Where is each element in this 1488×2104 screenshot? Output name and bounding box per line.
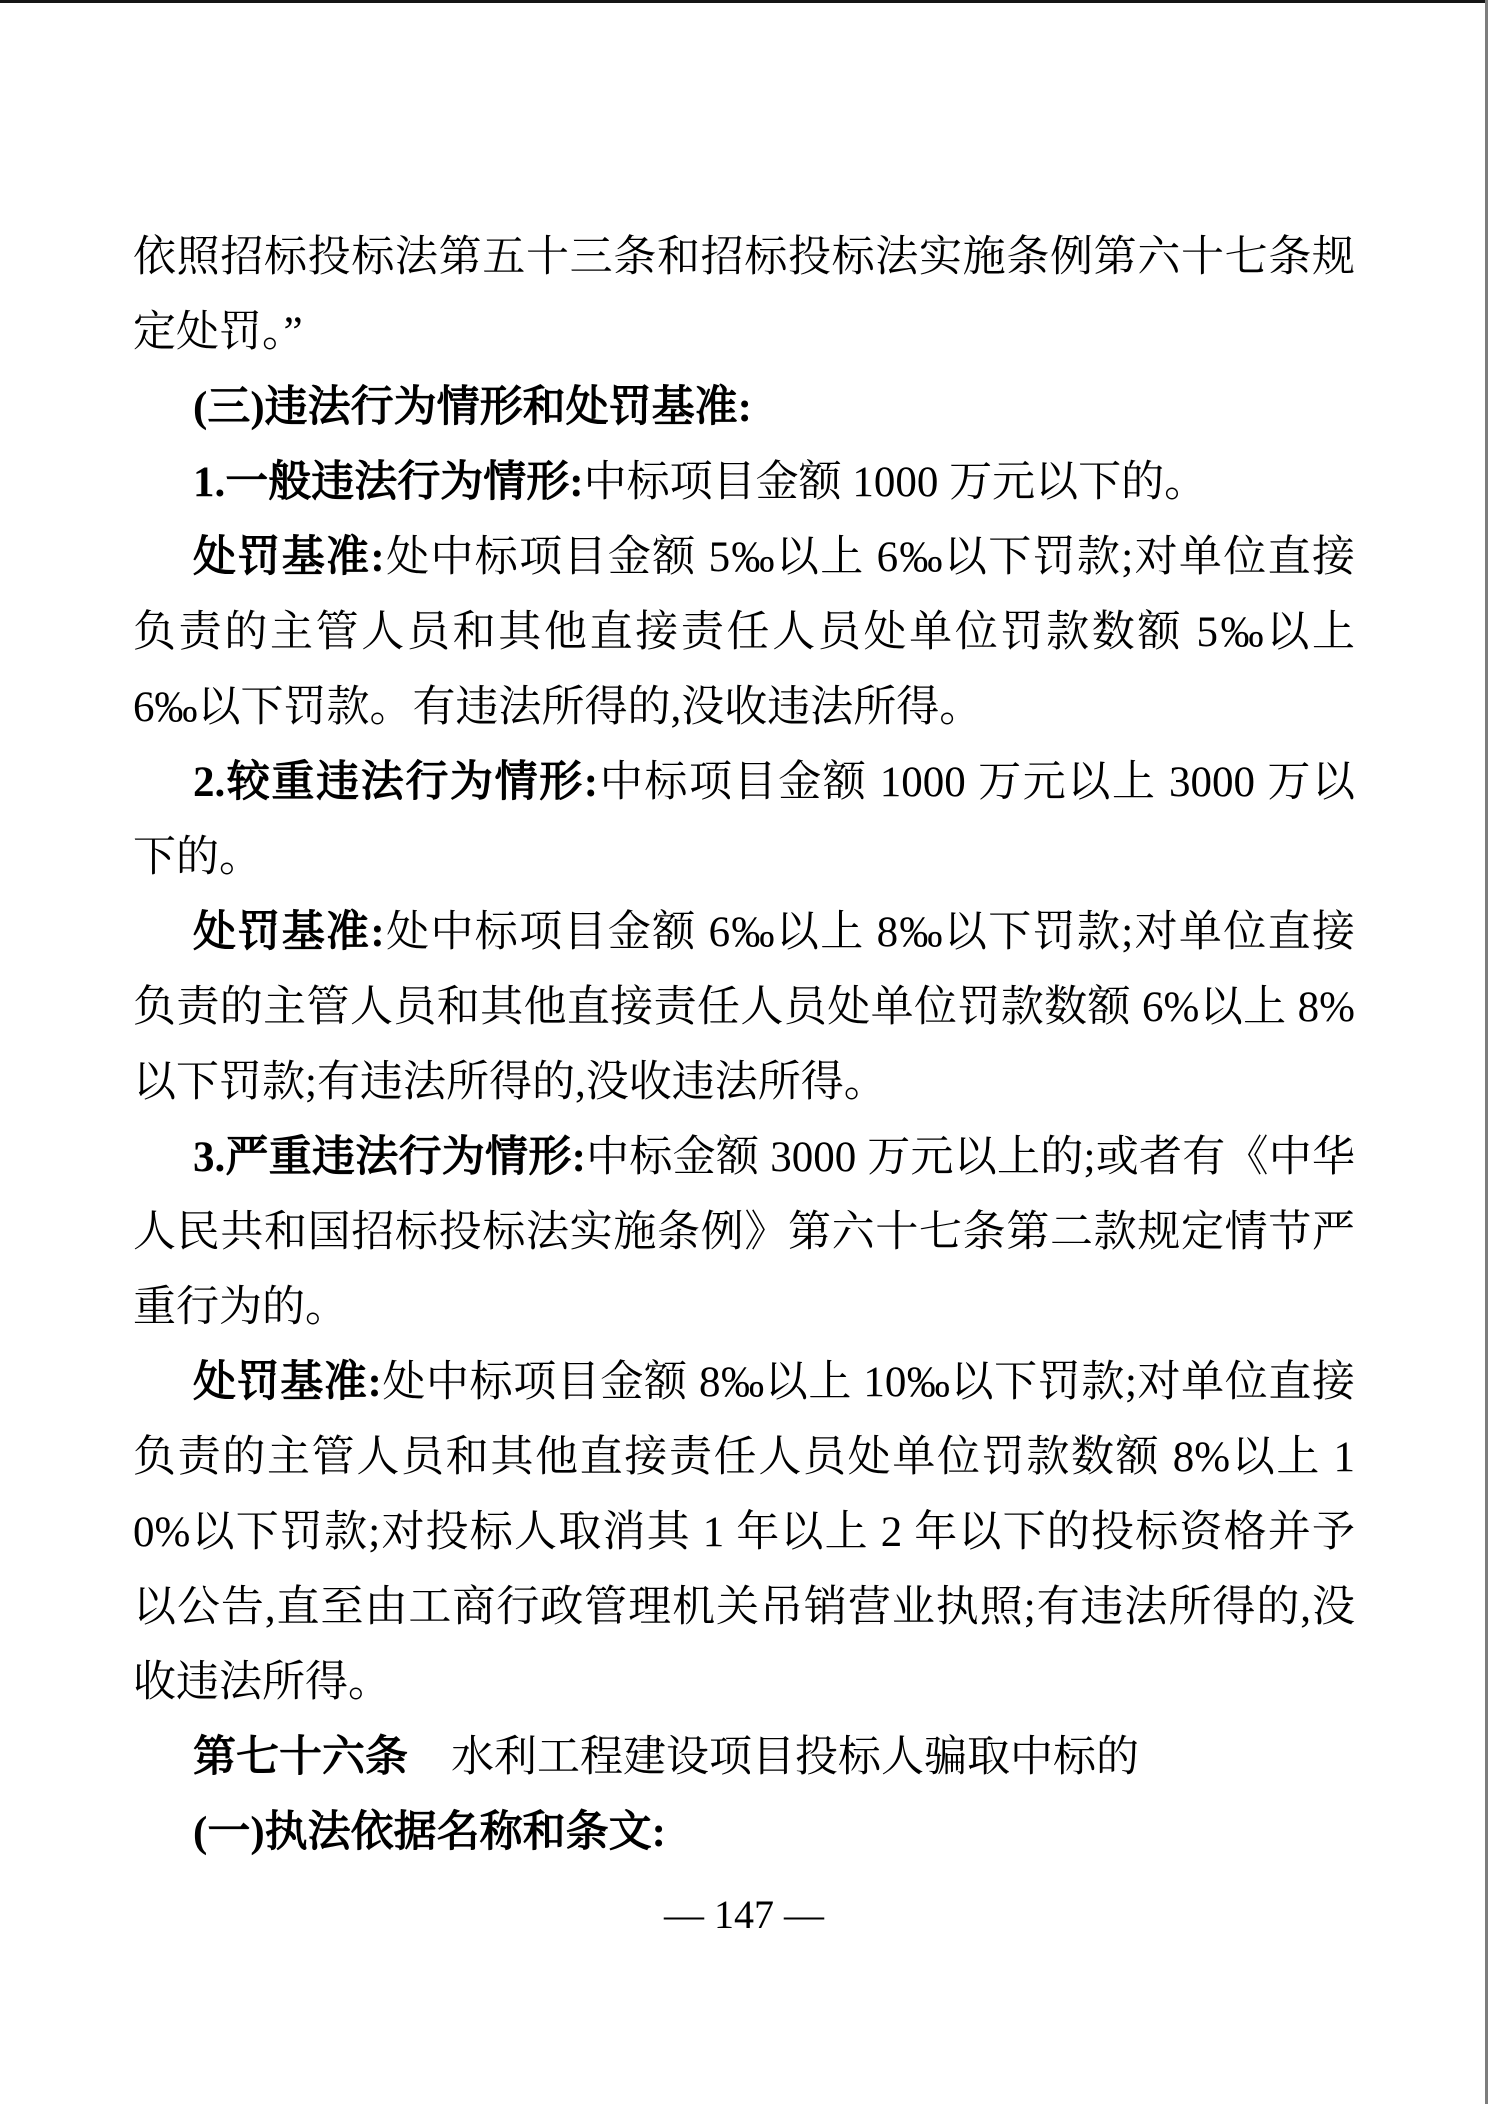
- paragraph: (三)违法行为情形和处罚基准:: [133, 370, 1355, 445]
- paragraph: 处罚基准:处中标项目金额 5‰以上 6‰以下罚款;对单位直接负责的主管人员和其他…: [133, 520, 1355, 745]
- paragraph: 依照招标投标法第五十三条和招标投标法实施条例第六十七条规定处罚。”: [133, 220, 1355, 370]
- paragraph-text: 依照招标投标法第五十三条和招标投标法实施条例第六十七条规定处罚。”: [133, 234, 1355, 356]
- paragraph: 处罚基准:处中标项目金额 6‰以上 8‰以下罚款;对单位直接负责的主管人员和其他…: [133, 895, 1355, 1120]
- paragraph-lead: 处罚基准:: [193, 909, 385, 956]
- paragraph-lead: (一)执法依据名称和条文:: [193, 1809, 666, 1856]
- paragraph-lead: 1.一般违法行为情形:: [193, 459, 584, 506]
- paragraph-lead: (三)违法行为情形和处罚基准:: [193, 384, 752, 431]
- paragraph-lead: 处罚基准:: [193, 534, 385, 581]
- paragraph-text: 中标项目金额 1000 万元以下的。: [584, 459, 1208, 506]
- paragraph-text: 水利工程建设项目投标人骗取中标的: [408, 1734, 1139, 1781]
- paragraph-text: 处中标项目金额 8‰以上 10‰以下罚款;对单位直接负责的主管人员和其他直接责任…: [133, 1359, 1355, 1706]
- page-number: — 147 —: [0, 1893, 1488, 1937]
- paragraph: 2.较重违法行为情形:中标项目金额 1000 万元以上 3000 万以下的。: [133, 745, 1355, 895]
- paragraph-lead: 处罚基准:: [193, 1359, 382, 1406]
- paragraph: 1.一般违法行为情形:中标项目金额 1000 万元以下的。: [133, 445, 1355, 520]
- paragraph-lead: 3.严重违法行为情形:: [193, 1134, 586, 1181]
- page-top-border: [0, 0, 1488, 3]
- document-body: 依照招标投标法第五十三条和招标投标法实施条例第六十七条规定处罚。”(三)违法行为…: [133, 220, 1355, 1870]
- paragraph: 处罚基准:处中标项目金额 8‰以上 10‰以下罚款;对单位直接负责的主管人员和其…: [133, 1345, 1355, 1720]
- paragraph-lead: 2.较重违法行为情形:: [193, 759, 598, 806]
- paragraph: 3.严重违法行为情形:中标金额 3000 万元以上的;或者有《中华人民共和国招标…: [133, 1120, 1355, 1345]
- paragraph: (一)执法依据名称和条文:: [133, 1795, 1355, 1870]
- paragraph: 第七十六条 水利工程建设项目投标人骗取中标的: [133, 1720, 1355, 1795]
- document-page: 依照招标投标法第五十三条和招标投标法实施条例第六十七条规定处罚。”(三)违法行为…: [0, 0, 1488, 2104]
- paragraph-lead: 第七十六条: [193, 1733, 408, 1781]
